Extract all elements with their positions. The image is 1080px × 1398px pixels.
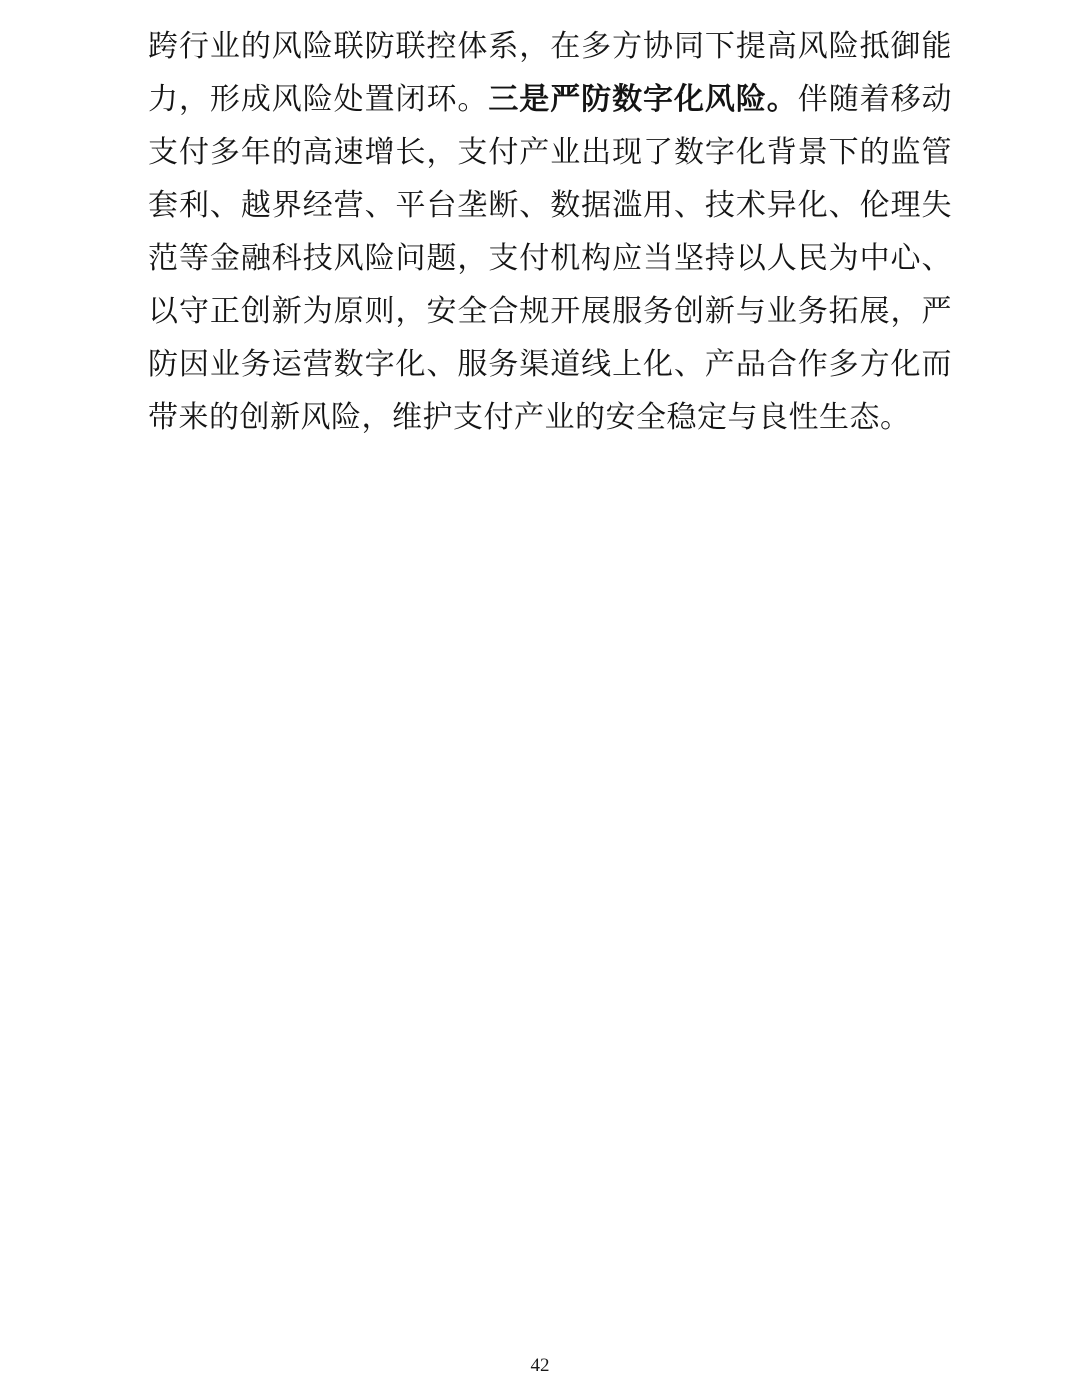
document-page: 跨行业的风险联防联控体系，在多方协同下提高风险抵御能力，形成风险处置闭环。三是严…	[0, 0, 1080, 1398]
page-number: 42	[0, 1354, 1080, 1378]
paragraph: 跨行业的风险联防联控体系，在多方协同下提高风险抵御能力，形成风险处置闭环。三是严…	[148, 20, 952, 444]
paragraph-text-after-bold: 伴随着移动支付多年的高速增长，支付产业出现了数字化背景下的监管套利、越界经营、平…	[148, 83, 952, 434]
paragraph-bold-sentence: 三是严防数字化风险。	[488, 83, 797, 116]
